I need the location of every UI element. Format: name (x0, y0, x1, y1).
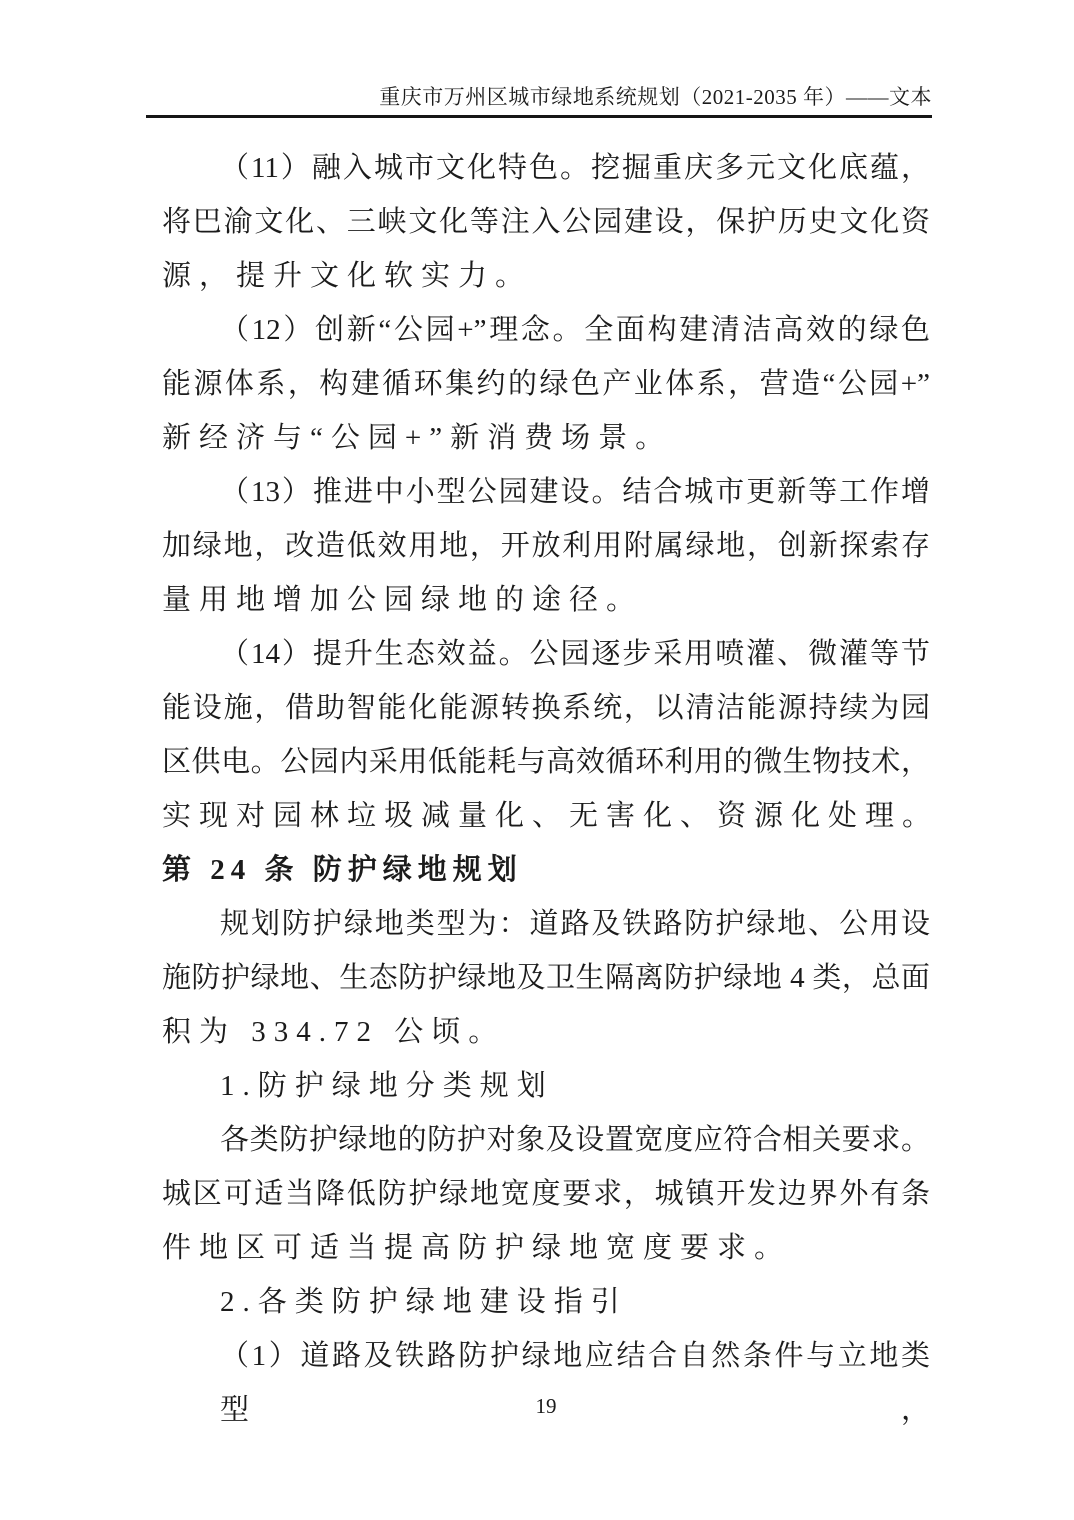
text-line: 能设施，借助智能化能源转换系统，以清洁能源持续为园 (162, 681, 930, 735)
paragraph-item-11: （11）融入城市文化特色。挖掘重庆多元文化底蕴， 将巴渝文化、三峡文化等注入公园… (162, 141, 930, 303)
header-rule (146, 115, 932, 118)
text-line: （11）融入城市文化特色。挖掘重庆多元文化底蕴， (162, 141, 930, 195)
running-header-title: 重庆市万州区城市绿地系统规划（2021-2035 年）——文本 (146, 0, 932, 110)
paragraph-item-14: （14）提升生态效益。公园逐步采用喷灌、微灌等节 能设施，借助智能化能源转换系统… (162, 627, 930, 843)
text-line: 新经济与“公园+”新消费场景。 (162, 411, 930, 465)
subheading-text: 1.防护绿地分类规划 (162, 1059, 930, 1113)
text-line: 区供电。公园内采用低能耗与高效循环利用的微生物技术， (162, 735, 930, 789)
text-line: 规划防护绿地类型为：道路及铁路防护绿地、公用设 (162, 897, 930, 951)
text-line: （1）道路及铁路防护绿地应结合自然条件与立地类型， (162, 1329, 930, 1383)
page-footer: 19 (162, 1392, 930, 1420)
text-line: 源，提升文化软实力。 (162, 249, 930, 303)
subheading-1: 1.防护绿地分类规划 (162, 1059, 930, 1113)
text-line: （12）创新“公园+”理念。全面构建清洁高效的绿色 (162, 303, 930, 357)
subheading-2: 2.各类防护绿地建设指引 (162, 1275, 930, 1329)
text-line: 能源体系，构建循环集约的绿色产业体系，营造“公园+” (162, 357, 930, 411)
paragraph-item-13: （13）推进中小型公园建设。结合城市更新等工作增 加绿地，改造低效用地，开放利用… (162, 465, 930, 627)
text-line: 实现对园林垃圾减量化、无害化、资源化处理。 (162, 789, 930, 843)
subheading-text: 2.各类防护绿地建设指引 (162, 1275, 930, 1329)
text-line: 加绿地，改造低效用地，开放利用附属绿地，创新探索存 (162, 519, 930, 573)
paragraph-article-24-intro: 规划防护绿地类型为：道路及铁路防护绿地、公用设 施防护绿地、生态防护绿地及卫生隔… (162, 897, 930, 1059)
document-page: 重庆市万州区城市绿地系统规划（2021-2035 年）——文本 （11）融入城市… (0, 0, 1074, 1520)
article-24-heading: 第 24 条 防护绿地规划 (162, 843, 930, 897)
paragraph-subsection-2-item-1: （1）道路及铁路防护绿地应结合自然条件与立地类型， (162, 1329, 930, 1383)
text-line: （14）提升生态效益。公园逐步采用喷灌、微灌等节 (162, 627, 930, 681)
text-line: 量用地增加公园绿地的途径。 (162, 573, 930, 627)
document-body: （11）融入城市文化特色。挖掘重庆多元文化底蕴， 将巴渝文化、三峡文化等注入公园… (162, 141, 930, 1383)
text-line: （13）推进中小型公园建设。结合城市更新等工作增 (162, 465, 930, 519)
paragraph-subsection-1: 各类防护绿地的防护对象及设置宽度应符合相关要求。 城区可适当降低防护绿地宽度要求… (162, 1113, 930, 1275)
text-line: 件地区可适当提高防护绿地宽度要求。 (162, 1221, 930, 1275)
text-line: 将巴渝文化、三峡文化等注入公园建设，保护历史文化资 (162, 195, 930, 249)
text-line: 积为 334.72 公顷。 (162, 1005, 930, 1059)
text-line: 城区可适当降低防护绿地宽度要求，城镇开发边界外有条 (162, 1167, 930, 1221)
page-number: 19 (536, 1394, 557, 1418)
running-header: 重庆市万州区城市绿地系统规划（2021-2035 年）——文本 (146, 0, 932, 118)
text-line: 施防护绿地、生态防护绿地及卫生隔离防护绿地 4 类，总面 (162, 951, 930, 1005)
article-heading-text: 第 24 条 防护绿地规划 (162, 843, 930, 897)
paragraph-item-12: （12）创新“公园+”理念。全面构建清洁高效的绿色 能源体系，构建循环集约的绿色… (162, 303, 930, 465)
text-line: 各类防护绿地的防护对象及设置宽度应符合相关要求。 (162, 1113, 930, 1167)
